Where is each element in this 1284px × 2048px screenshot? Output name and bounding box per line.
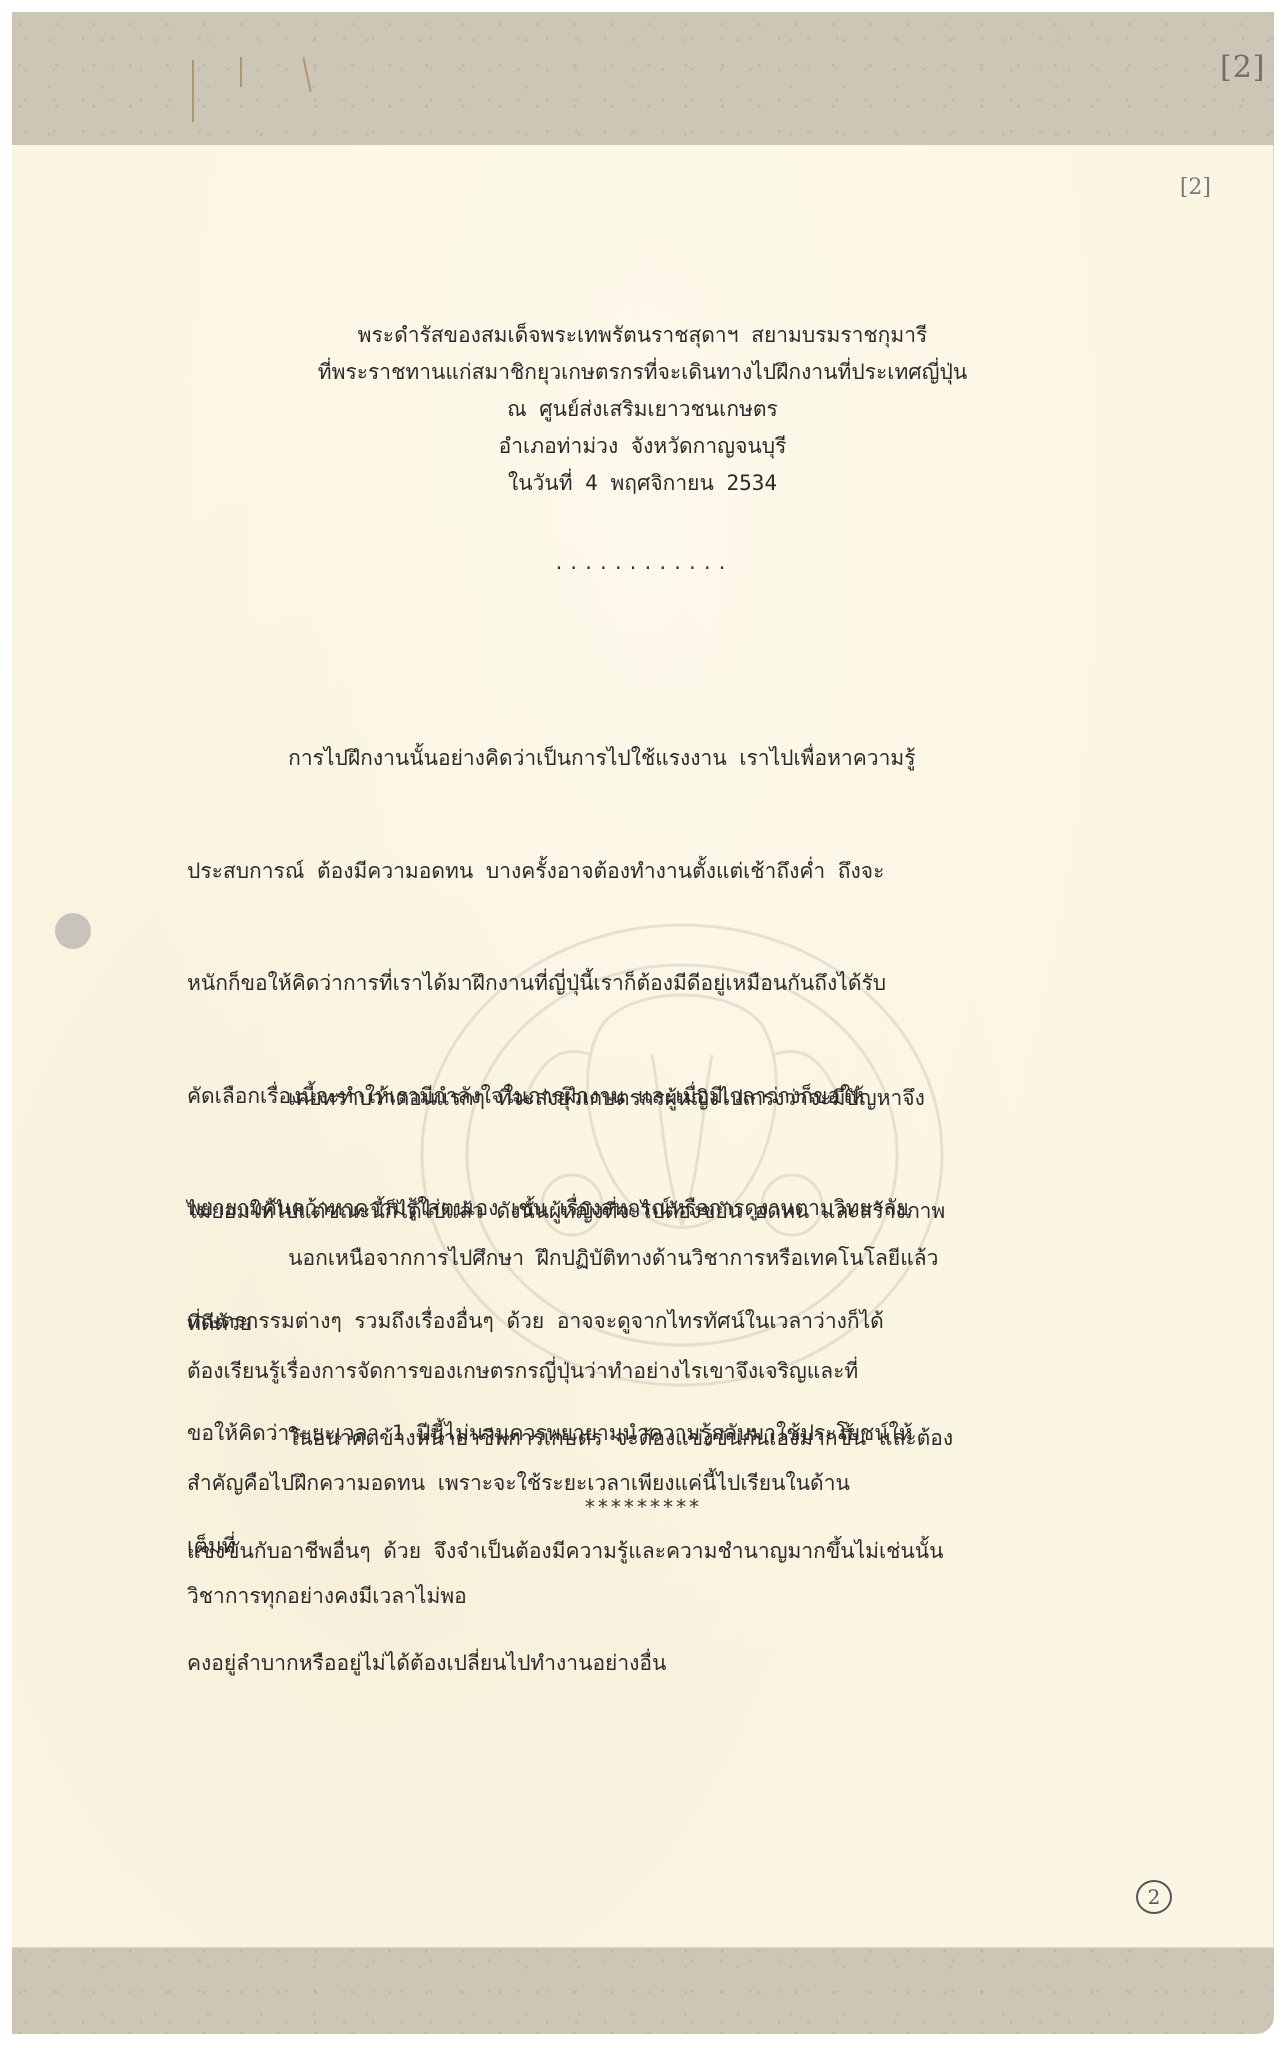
paragraph-line: ในอนาคตข้างหน้าอาชีพการเกษตร จะต้องแข่งข… — [187, 1420, 1087, 1458]
paragraph-line: นอกเหนือจากการไปศึกษา ฝึกปฏิบัติทางด้านว… — [187, 1240, 1087, 1278]
paragraph-line: คงอยู่ลำบากหรืออยู่ไม่ได้ต้องเปลี่ยนไปทำ… — [187, 1645, 1087, 1683]
heading-venue-line: ณ ศูนย์ส่งเสริมเยาวชนเกษตร — [12, 391, 1273, 428]
page-archive-mark: [2] — [1180, 175, 1211, 200]
end-of-text-mark: ********* — [12, 1495, 1273, 1519]
scratch-mark — [192, 60, 194, 122]
heading-date-line: ในวันที่ 4 พฤศจิกายน 2534 — [12, 465, 1273, 502]
scratch-mark — [240, 57, 242, 87]
document-page: [2] พระดำรัสของสมเด็จพระเทพรัตนราชสุดาฯ … — [12, 145, 1273, 1947]
paragraph-line: ประสบการณ์ ต้องมีความอดทน บางครั้งอาจต้อ… — [187, 853, 1087, 891]
paragraph-line: การไปฝึกงานนั้นอย่างคิดว่าเป็นการไปใช้แร… — [187, 740, 1087, 778]
scratch-mark — [302, 57, 311, 92]
paragraph-line: เคยทราบว่าตอนแรกๆ ที่จะส่งยุวเกษตรกรผู้ห… — [187, 1080, 1087, 1118]
document-heading: พระดำรัสของสมเด็จพระเทพรัตนราชสุดาฯ สยาม… — [12, 317, 1273, 502]
circled-page-number: 2 — [1136, 1880, 1172, 1914]
heading-title-line: พระดำรัสของสมเด็จพระเทพรัตนราชสุดาฯ สยาม… — [12, 317, 1273, 354]
paragraph-line: แข่งขันกับอาชีพอื่นๆ ด้วย จึงจำเป็นต้องม… — [187, 1533, 1087, 1571]
heading-separator: ............ — [12, 553, 1273, 574]
paragraph-line: หนักก็ขอให้คิดว่าการที่เราได้มาฝึกงานที่… — [187, 965, 1087, 1003]
heading-occasion-line: ที่พระราชทานแก่สมาชิกยุวเกษตรกรที่จะเดิน… — [12, 354, 1273, 391]
paragraph-4: ในอนาคตข้างหน้าอาชีพการเกษตร จะต้องแข่งข… — [187, 1345, 1087, 1758]
punch-hole — [55, 913, 91, 949]
board-archive-mark: [2] — [1220, 50, 1266, 85]
heading-location-line: อำเภอท่าม่วง จังหวัดกาญจนบุรี — [12, 428, 1273, 465]
